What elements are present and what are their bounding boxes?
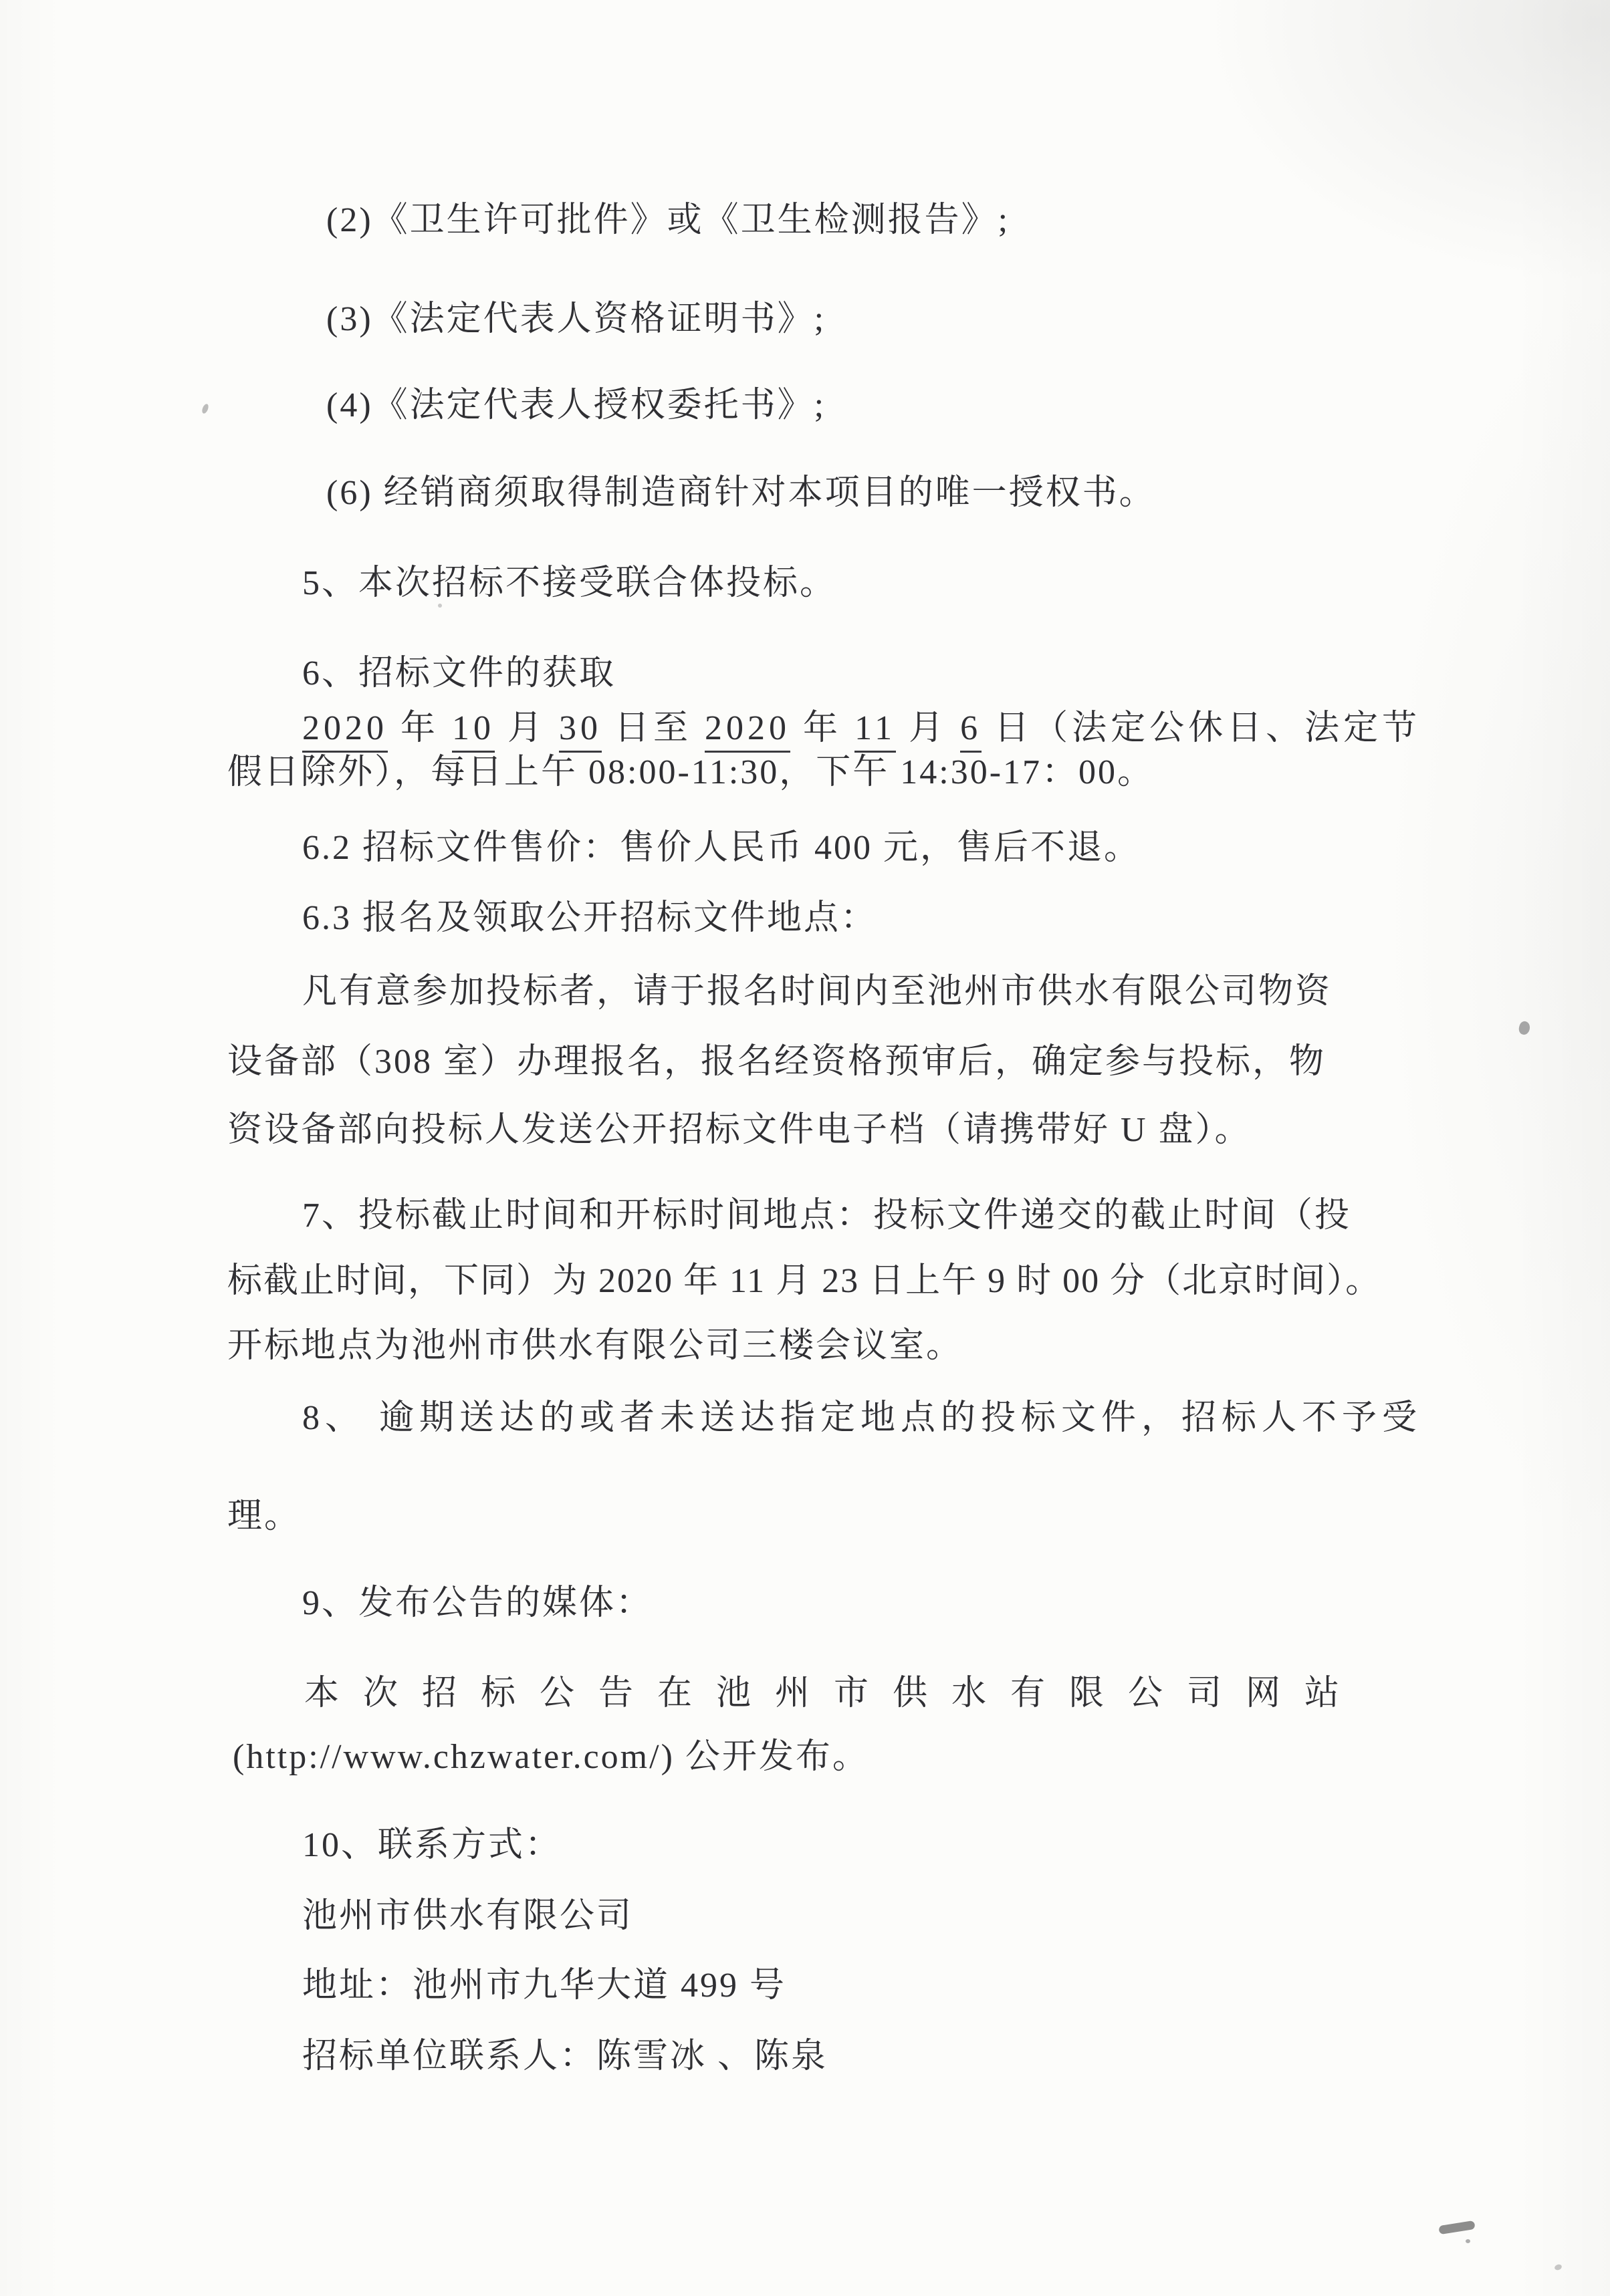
item-6-dealer-authorization-line: (6) 经销商须取得制造商针对本项目的唯一授权书。: [326, 473, 1156, 513]
registration-paragraph-line-2: 设备部（308 室）办理报名，报名经资格预审后，确定参与投标，物: [227, 1042, 1326, 1082]
clause-6-3-location-heading: 6.3 报名及领取公开招标文件地点：: [302, 898, 877, 938]
clause-6-obtain-documents-heading: 6、招标文件的获取: [302, 654, 616, 694]
scan-dot-mid-page: [438, 604, 442, 608]
date-seg-10: 6: [960, 709, 982, 753]
item-3-legal-rep-cert-line: (3)《法定代表人资格证明书》;: [326, 299, 826, 340]
clause-6-hours-line: 假日除外），每日上午 08:00-11:30，下午 14:30-17：00。: [227, 753, 1154, 793]
date-seg-5: 日至: [602, 709, 705, 747]
clause-9-website-line: 本次招标公告在池州市供水有限公司网站: [304, 1674, 1363, 1714]
scan-smudge-bottom-right: [1438, 2220, 1475, 2235]
contact-person-line: 招标单位联系人：陈雪冰 、陈泉: [302, 2037, 828, 2077]
date-seg-11: 日（法定公休日、法定节: [982, 709, 1421, 747]
date-seg-1: 年: [388, 709, 452, 747]
date-seg-0: 2020: [302, 709, 388, 753]
date-seg-7: 年: [790, 709, 854, 747]
registration-paragraph-line-3: 资设备部向投标人发送公开招标文件电子档（请携带好 U 盘）。: [227, 1110, 1252, 1150]
date-seg-8: 11: [854, 709, 896, 753]
date-seg-9: 月: [896, 709, 960, 747]
clause-8-late-delivery-line-2: 理。: [227, 1497, 301, 1537]
clause-7-deadline-line-2: 标截止时间，下同）为 2020 年 11 月 23 日上午 9 时 00 分（北…: [227, 1261, 1381, 1301]
clause-9-media-heading: 9、发布公告的媒体：: [302, 1583, 653, 1624]
scanned-document-page: (2)《卫生许可批件》或《卫生检测报告》; (3)《法定代表人资格证明书》; (…: [0, 0, 1610, 2296]
item-2-health-permit-line: (2)《卫生许可批件》或《卫生检测报告》;: [326, 201, 1010, 241]
clause-7-opening-location-line: 开标地点为池州市供水有限公司三楼会议室。: [227, 1326, 963, 1366]
clause-6-2-price-line: 6.2 招标文件售价：售价人民币 400 元，售后不退。: [302, 828, 1141, 868]
scan-dot-bottom-right: [1466, 2239, 1470, 2243]
item-4-power-of-attorney-line: (4)《法定代表人授权委托书》;: [326, 386, 826, 426]
registration-paragraph-line-1: 凡有意参加投标者，请于报名时间内至池州市供水有限公司物资: [302, 972, 1332, 1012]
clause-9-url-line: (http://www.chzwater.com/) 公开发布。: [233, 1737, 869, 1777]
date-seg-4: 30: [559, 709, 602, 753]
clause-8-late-delivery-line-1: 8、 逾期送达的或者未送达指定地点的投标文件，招标人不予受: [302, 1398, 1422, 1438]
company-name-line: 池州市供水有限公司: [302, 1896, 633, 1936]
clause-7-deadline-line-1: 7、投标截止时间和开标时间地点：投标文件递交的截止时间（投: [302, 1196, 1351, 1236]
clause-6-date-range-line: 2020 年 10 月 30 日至 2020 年 11 月 6 日（法定公休日、…: [302, 709, 1421, 749]
date-seg-2: 10: [452, 709, 495, 753]
scan-speck-right-margin: [1518, 1020, 1532, 1035]
date-seg-6: 2020: [705, 709, 790, 753]
address-line: 地址：池州市九华大道 499 号: [302, 1966, 786, 2006]
date-seg-3: 月: [495, 709, 559, 747]
scan-mark-left-margin: [201, 403, 209, 414]
scan-mark-bottom-corner: [1554, 2263, 1563, 2271]
clause-5-no-consortium-line: 5、本次招标不接受联合体投标。: [302, 563, 836, 604]
clause-10-contact-heading: 10、联系方式：: [302, 1825, 562, 1866]
